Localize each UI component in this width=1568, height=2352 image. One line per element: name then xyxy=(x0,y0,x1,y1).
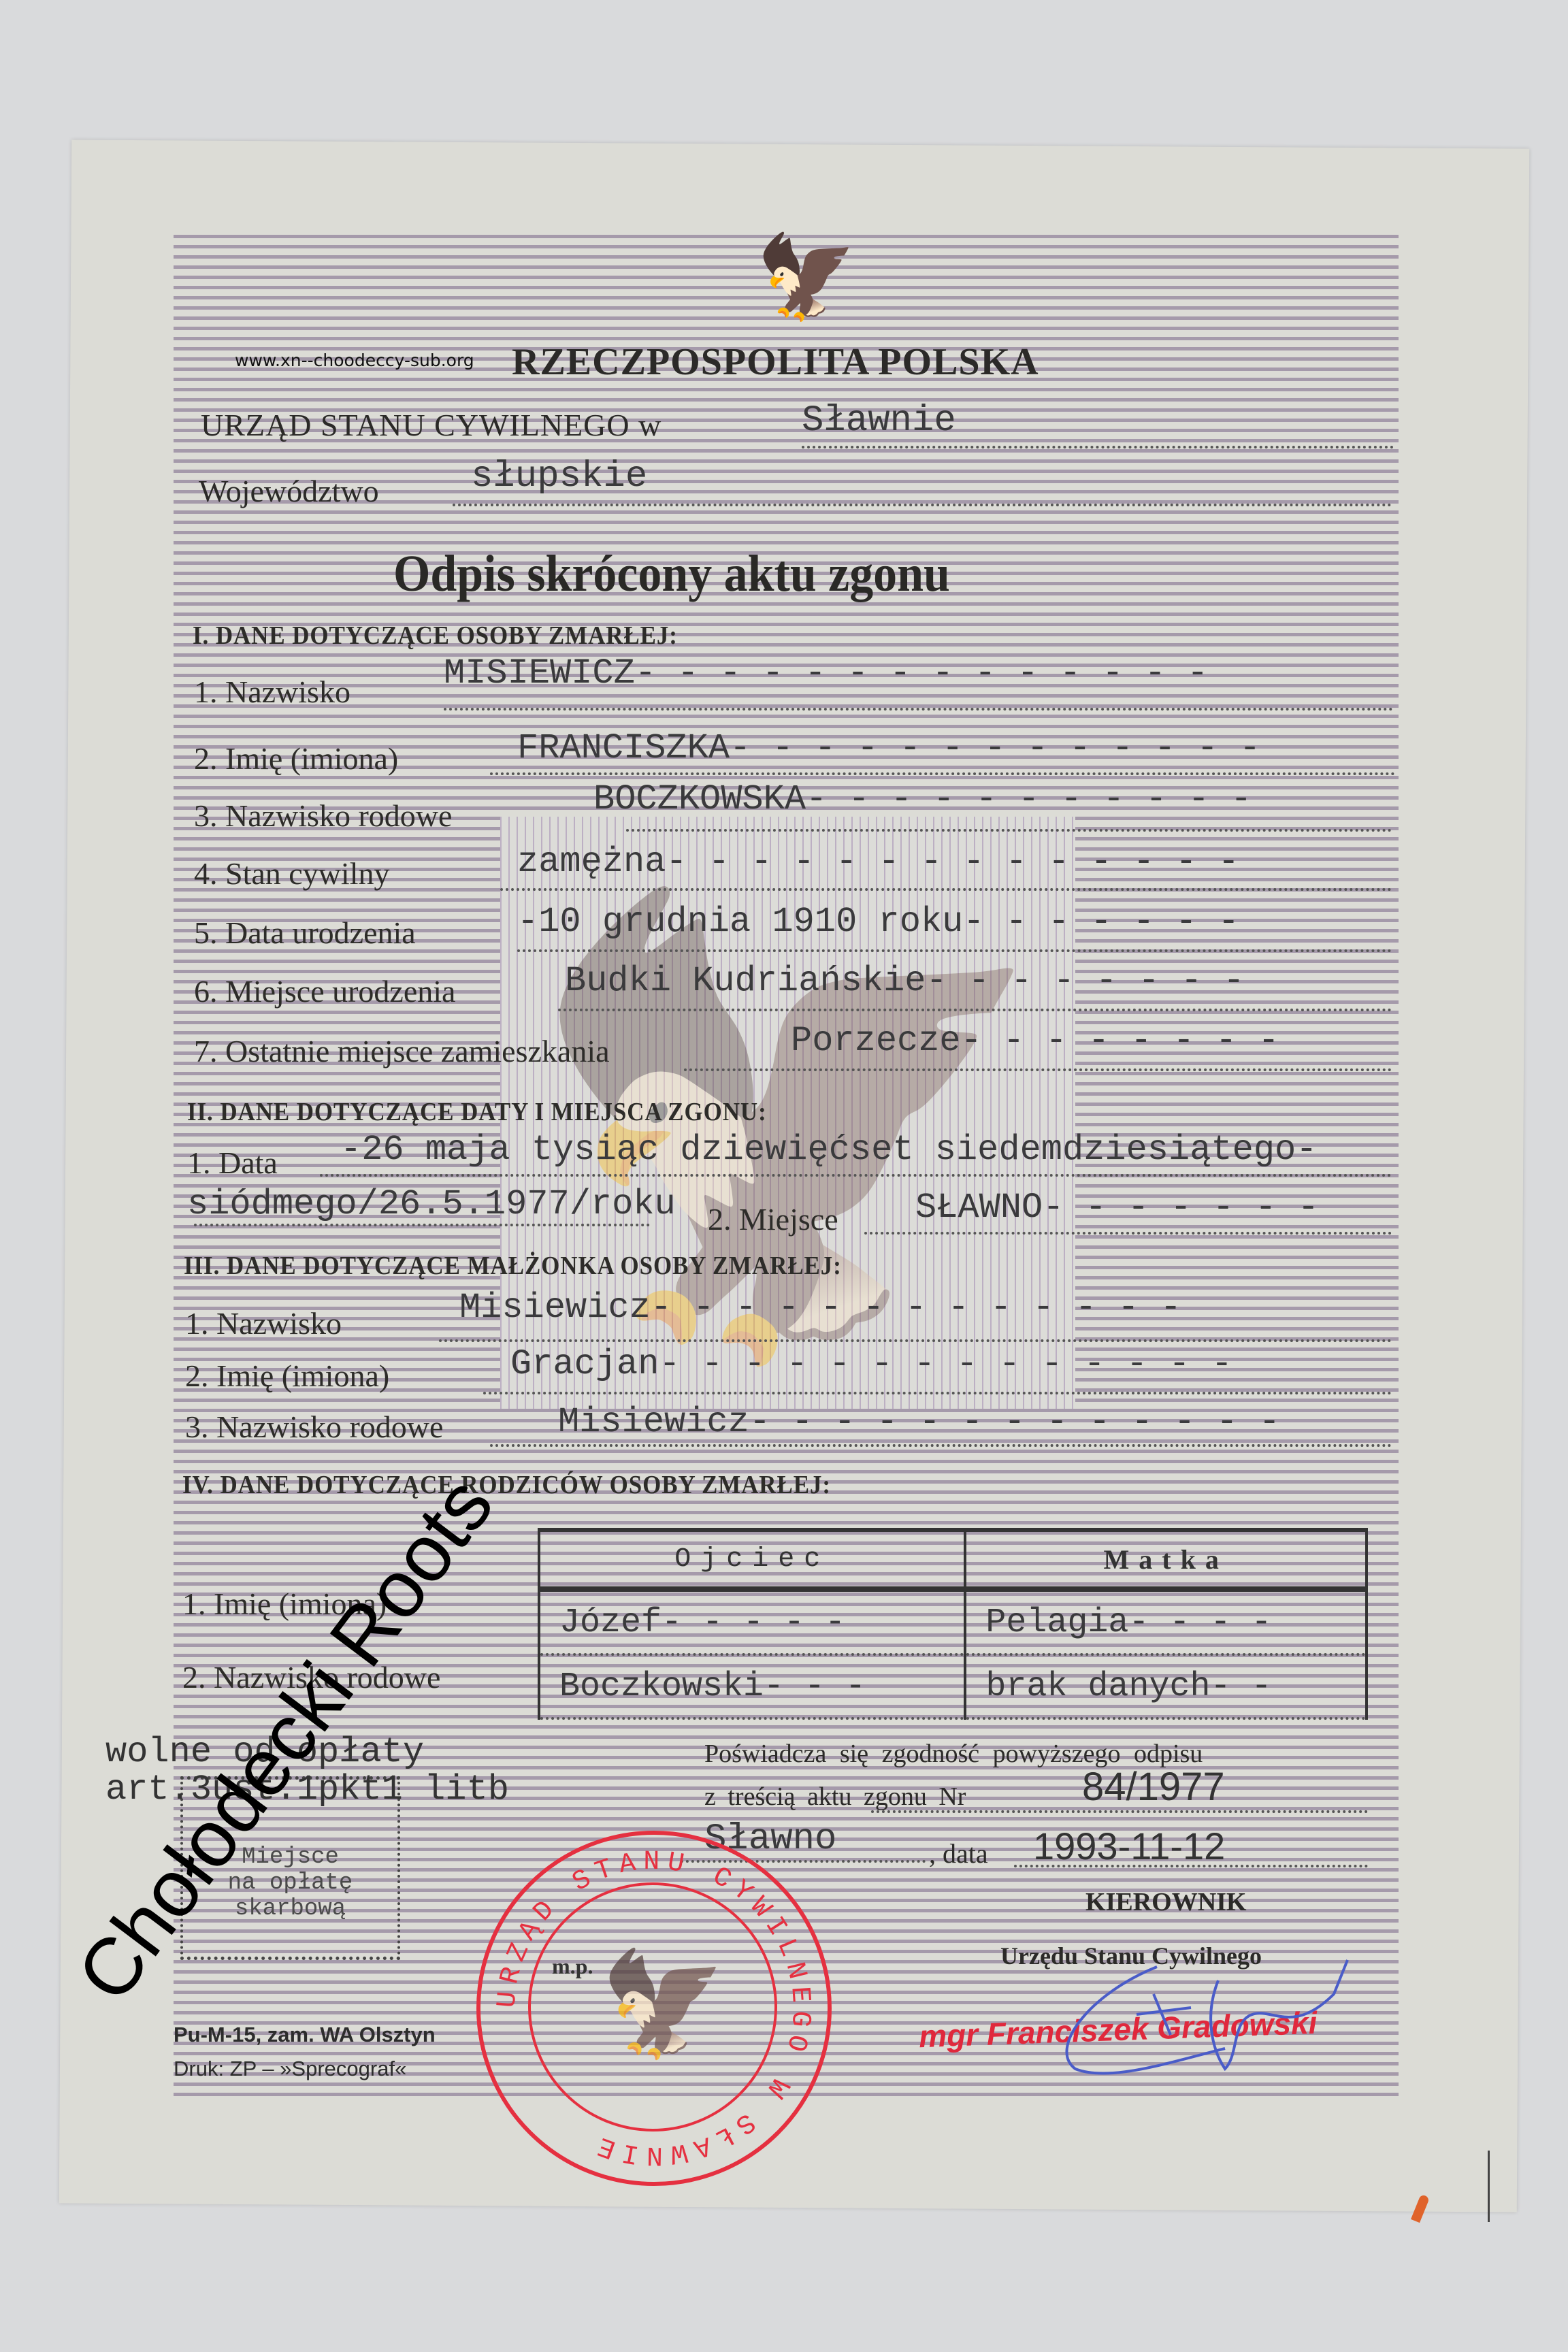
death-place-label: 2. Miejsce xyxy=(708,1201,838,1237)
section3-heading: III. DANE DOTYCZĄCE MAŁŻONKA OSOBY ZMARŁ… xyxy=(184,1251,842,1281)
act-number: 84/1977 xyxy=(1082,1764,1225,1810)
dotline xyxy=(558,1009,1392,1011)
marital-status: zamężna- - - - - - - - - - - - - - xyxy=(517,842,1239,882)
death-date-label: 1. Data xyxy=(187,1145,278,1181)
field-label: 2. Imię (imiona) xyxy=(185,1358,389,1394)
voivodeship-value: słupskie xyxy=(471,456,647,497)
country-name: RZECZPOSPOLITA POLSKA xyxy=(512,340,1039,384)
field-label: 1. Nazwisko xyxy=(194,674,350,710)
official-seal: URZĄD STANU CYWILNEGO W SŁAWNIE 🦅 m.p. xyxy=(476,1831,832,2186)
father-surname: Boczkowski- - - xyxy=(539,1654,965,1718)
deceased-maiden-name: BOCZKOWSKA- - - - - - - - - - - xyxy=(593,779,1252,819)
dotline xyxy=(517,949,1392,952)
deceased-surname: MISIEWICZ- - - - - - - - - - - - - - xyxy=(444,653,1208,693)
printer-name: Druk: ZP – »Sprecograf« xyxy=(174,2057,406,2081)
field-label: 7. Ostatnie miejsce zamieszkania xyxy=(194,1033,610,1069)
mother-first-name: Pelagia- - - - xyxy=(965,1589,1367,1654)
dotline xyxy=(626,829,1392,832)
section1-heading: I. DANE DOTYCZĄCE OSOBY ZMARŁEJ: xyxy=(193,621,678,651)
birth-date: -10 grudnia 1910 roku- - - - - - - xyxy=(517,902,1239,942)
dotline xyxy=(684,1068,1392,1071)
polish-eagle-icon: 🦅 xyxy=(755,230,851,325)
paper-edge-mark xyxy=(1488,2151,1490,2222)
field-label: 2. Imię (imiona) xyxy=(194,740,398,777)
dotline xyxy=(439,1339,1392,1342)
field-label: 1. Nazwisko xyxy=(185,1305,342,1341)
section4-heading: IV. DANE DOTYCZĄCE RODZICÓW OSOBY ZMARŁE… xyxy=(182,1470,831,1500)
voivodeship-label: Województwo xyxy=(199,473,379,509)
office-value: Sławnie xyxy=(802,400,956,442)
mother-surname: brak danych- - xyxy=(965,1654,1367,1718)
death-date-numeric: siódmego/26.5.1977/roku xyxy=(187,1184,676,1224)
field-label: 4. Stan cywilny xyxy=(194,855,389,892)
dotline xyxy=(320,1174,1392,1177)
watermark-url: www.xn--choodeccy-sub.org xyxy=(235,350,474,370)
column-mother: Matka xyxy=(965,1530,1367,1589)
field-label: 5. Data urodzenia xyxy=(194,915,416,951)
office-dotline xyxy=(802,446,1394,448)
handwritten-signature-icon xyxy=(1034,1953,1388,2082)
field-label: 3. Nazwisko rodowe xyxy=(194,798,452,834)
section2-heading: II. DANE DOTYCZĄCE DATY I MIEJSCA ZGONU: xyxy=(187,1097,767,1127)
dotline xyxy=(1014,1865,1368,1867)
dotline xyxy=(490,772,1395,775)
parents-table: Ojciec Matka Józef- - - - - Pelagia- - -… xyxy=(538,1528,1368,1720)
last-residence: Porzecze- - - - - - - - xyxy=(791,1021,1279,1061)
death-date-words: -26 maja tysiąc dziewięćset siedemdziesi… xyxy=(340,1130,1317,1170)
father-first-name: Józef- - - - - xyxy=(539,1589,965,1654)
document-title: Odpis skrócony aktu zgonu xyxy=(393,544,950,604)
certification-line2: z treścią aktu zgonu Nr xyxy=(704,1782,966,1812)
seal-mp-label: m.p. xyxy=(552,1954,593,1979)
dotline xyxy=(483,1392,1392,1394)
dotline xyxy=(871,1810,1368,1813)
spouse-surname: Misiewicz- - - - - - - - - - - - - xyxy=(459,1288,1181,1328)
dotline xyxy=(444,708,1393,710)
printer-form-code: Pu-M-15, zam. WA Olsztyn xyxy=(174,2023,436,2047)
field-label: 3. Nazwisko rodowe xyxy=(185,1409,443,1445)
voivodeship-dotline xyxy=(453,504,1392,506)
dotline xyxy=(194,1224,650,1226)
official-title: KIEROWNIK xyxy=(1085,1887,1246,1917)
dotline xyxy=(864,1232,1392,1235)
seal-eagle-icon: 🦅 xyxy=(600,1937,708,2073)
office-label: URZĄD STANU CYWILNEGO w xyxy=(201,407,661,443)
certification-date-label: , data xyxy=(929,1837,988,1869)
dotline xyxy=(490,1444,1392,1447)
death-place: SŁAWNO- - - - - - - xyxy=(915,1188,1319,1228)
spouse-first-name: Gracjan- - - - - - - - - - - - - - xyxy=(510,1344,1232,1384)
deceased-first-name: FRANCISZKA- - - - - - - - - - - - - xyxy=(517,728,1260,768)
field-label: 6. Miejsce urodzenia xyxy=(194,973,455,1009)
dotline xyxy=(500,888,1392,891)
certification-date: 1993-11-12 xyxy=(1033,1824,1225,1868)
spouse-maiden-name: Misiewicz- - - - - - - - - - - - - xyxy=(558,1402,1280,1442)
birth-place: Budki Kudriańskie- - - - - - - - xyxy=(565,961,1245,1001)
column-father: Ojciec xyxy=(539,1530,965,1589)
